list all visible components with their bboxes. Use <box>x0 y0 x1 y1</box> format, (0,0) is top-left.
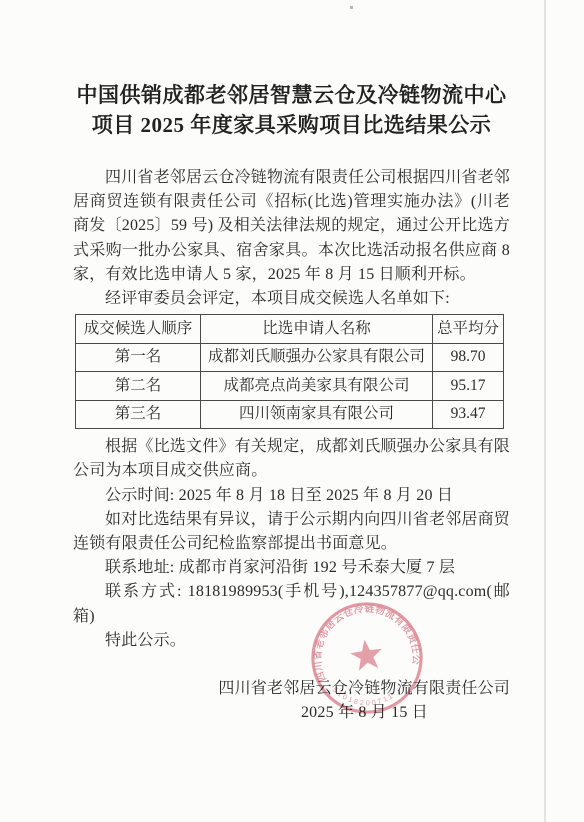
paragraph-award: 根据《比选文件》有关规定，成都刘氏顺强办公家具有限公司为本项目成交供应商。 <box>73 435 510 483</box>
rank-cell: 第一名 <box>76 343 201 372</box>
applicant-name-cell: 成都亮点尚美家具有限公司 <box>201 372 433 401</box>
signature-date: 2025 年 8 月 15 日 <box>73 701 510 725</box>
paragraph-contact-address: 联系地址: 成都市肖家河沿街 192 号禾泰大厦 7 层 <box>73 556 510 580</box>
results-table: 成交候选人顺序 比选申请人名称 总平均分 第一名 成都刘氏顺强办公家具有限公司 … <box>75 314 504 429</box>
applicant-name-cell: 四川领南家具有限公司 <box>201 400 433 429</box>
table-row: 第二名 成都亮点尚美家具有限公司 95.17 <box>76 372 504 401</box>
paragraph-contact-info: 联系方式: 18181989953(手机号),124357877@qq.com(… <box>73 580 510 628</box>
scan-artifact-line <box>544 0 546 822</box>
rank-cell: 第二名 <box>76 372 201 401</box>
paragraph-publicity-period: 公示时间: 2025 年 8 月 18 日至 2025 年 8 月 20 日 <box>73 484 510 508</box>
paragraph-intro: 四川省老邻居云仓冷链物流有限责任公司根据四川省老邻居商贸连锁有限责任公司《招标(… <box>73 166 510 287</box>
paragraph-table-lead: 经评审委员会评定，本项目成交候选人名单如下: <box>73 287 510 311</box>
score-cell: 98.70 <box>433 343 504 372</box>
table-row: 第三名 四川领南家具有限公司 93.47 <box>76 400 504 429</box>
document-body: 四川省老邻居云仓冷链物流有限责任公司根据四川省老邻居商贸连锁有限责任公司《招标(… <box>73 166 510 653</box>
header-rank: 成交候选人顺序 <box>76 315 201 344</box>
header-average-score: 总平均分 <box>433 315 504 344</box>
score-cell: 93.47 <box>433 400 504 429</box>
paragraph-objection: 如对比选结果有异议，请于公示期内向四川省老邻居商贸连锁有限责任公司纪检监察部提出… <box>73 508 510 556</box>
table-row: 第一名 成都刘氏顺强办公家具有限公司 98.70 <box>76 343 504 372</box>
header-applicant-name: 比选申请人名称 <box>201 315 433 344</box>
document-title: 中国供销成都老邻居智慧云仓及冷链物流中心 项目 2025 年度家具采购项目比选结… <box>73 80 510 140</box>
rank-cell: 第三名 <box>76 400 201 429</box>
applicant-name-cell: 成都刘氏顺强办公家具有限公司 <box>201 343 433 372</box>
document-title-line1: 中国供销成都老邻居智慧云仓及冷链物流中心 <box>73 80 510 110</box>
scan-artifact-speck <box>350 6 353 9</box>
signature-block: 四川省老邻居云仓冷链物流有限责任公司 2025 年 8 月 15 日 <box>73 677 510 725</box>
document-content: 中国供销成都老邻居智慧云仓及冷链物流中心 项目 2025 年度家具采购项目比选结… <box>73 0 510 725</box>
document-title-line2: 项目 2025 年度家具采购项目比选结果公示 <box>73 110 510 140</box>
paragraph-closing: 特此公示。 <box>73 629 510 653</box>
signature-company: 四川省老邻居云仓冷链物流有限责任公司 <box>73 677 510 701</box>
results-table-header-row: 成交候选人顺序 比选申请人名称 总平均分 <box>76 315 504 344</box>
score-cell: 95.17 <box>433 372 504 401</box>
announcement-document: 中国供销成都老邻居智慧云仓及冷链物流中心 项目 2025 年度家具采购项目比选结… <box>0 0 584 822</box>
